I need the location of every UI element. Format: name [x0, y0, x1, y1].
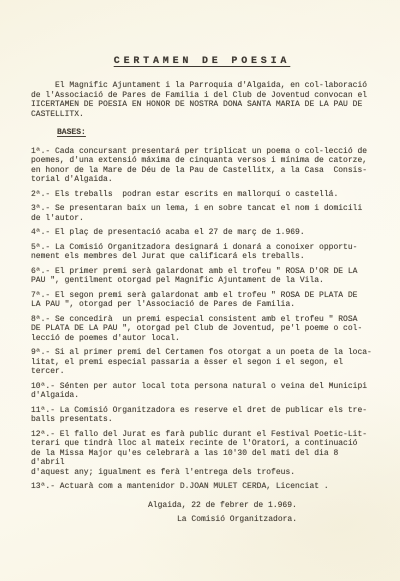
bases-item-4: 4ª.- El plaç de presentació acaba el 27 …: [31, 228, 373, 238]
bases-item-8: 8ª.- Se concedirà un premi especial cons…: [31, 315, 373, 344]
bases-item-2: 2ª.- Els treballs podran estar escrits e…: [31, 190, 373, 200]
bases-item-5: 5ª.- La Comisió Organitzadora designará …: [31, 243, 373, 262]
bases-item-3: 3ª.- Se presentaran baix un lema, i en s…: [31, 204, 373, 223]
document-sheet: CERTAMEN DE POESIA El Magnific Ajuntamen…: [31, 56, 373, 525]
bases-item-9: 9ª.- Si al primer premi del Certamen fos…: [31, 348, 373, 377]
bases-item-12: 12ª.- El fallo del Jurat es farà public …: [31, 430, 373, 478]
signature-line: La Comisió Organitzadora.: [177, 515, 373, 525]
bases-item-7: 7ª.- El segon premi serà galardonat amb …: [31, 291, 373, 310]
scanned-document: { "doc": { "title": "CERTAMEN DE POESIA"…: [0, 0, 400, 581]
bases-item-6: 6ª.- El primer premi serà galardonat amb…: [31, 267, 373, 286]
date-line: Algaida, 22 de febrer de 1.969.: [148, 501, 373, 511]
bases-item-13: 13ª.- Actuarà com a mantenidor D.JOAN MU…: [31, 482, 373, 492]
intro-paragraph: El Magnific Ajuntament i la Parroquia d'…: [31, 81, 373, 119]
bases-item-11: 11ª.- La Comisió Organitzadora es reserv…: [31, 406, 373, 425]
bases-item-1: 1ª.- Cada concursant presentará per trip…: [31, 147, 373, 185]
bases-heading: BASES:: [57, 128, 373, 138]
bases-item-10: 10ª.- Sénten per autor local tota person…: [31, 382, 373, 401]
document-title: CERTAMEN DE POESIA: [31, 56, 373, 67]
